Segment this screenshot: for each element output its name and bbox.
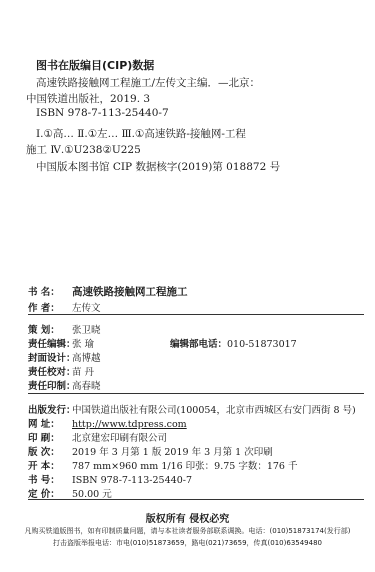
printer-row: 印 刷：北京建宏印刷有限公司 [28,430,167,444]
editor-phone-label: 编辑部电话： [170,339,227,350]
author-label: 作 者： [28,300,72,314]
print-supervisor-value: 高春晓 [72,381,101,392]
cover-design-row: 封面设计：高博越 [28,350,101,364]
edition-row: 版 次：2019 年 3 月第 1 版 2019 年 3 月第 1 次印刷 [28,444,273,458]
editor-value: 张 瑜 [72,339,94,350]
editor-phone-value: 010-51873017 [227,339,297,350]
divider-1 [28,314,364,315]
format-value: 787 mm×960 mm 1/16 印张：9.75 字数：176 千 [72,461,298,472]
print-supervisor-row: 责任印制：高春晓 [28,378,101,392]
editor-phone-row: 编辑部电话：010-51873017 [170,336,297,350]
printer-value: 北京建宏印刷有限公司 [72,433,167,444]
print-supervisor-label: 责任印制： [28,378,72,392]
piracy-report-line: 打击盗版举报电话：市电(010)51873659，路电(021)73659，传真… [0,538,375,548]
copyright-notice: 版权所有 侵权必究 [0,510,375,525]
publisher-label: 出版发行： [28,402,72,416]
proofreader-label: 责任校对： [28,364,72,378]
cip-classification-line-1: Ⅰ.①高… Ⅱ.①左… Ⅲ.①高速铁路-接触网-工程 [36,126,246,141]
cip-heading: 图书在版编目(CIP)数据 [36,57,154,73]
book-title-row: 书 名：高速铁路接触网工程施工 [28,284,188,299]
planner-value: 张卫晓 [72,325,101,336]
website-row: 网 址：http://www.tdpress.com [28,416,187,430]
cip-isbn: ISBN 978-7-113-25440-7 [36,107,169,119]
isbn-row: 书 号：ISBN 978-7-113-25440-7 [28,472,192,486]
editor-row: 责任编辑：张 瑜 [28,336,94,350]
cip-line-1: 高速铁路接触网工程施工/左传文主编．—北京： [36,75,260,90]
format-label: 开 本： [28,458,72,472]
book-title-value: 高速铁路接触网工程施工 [72,286,188,298]
planner-label: 策 划： [28,322,72,336]
publisher-value: 中国铁道出版社有限公司(100054，北京市西城区右安门西街 8 号) [72,405,356,416]
quality-contact-line: 凡购买铁道版图书，如有印制质量问题，请与本社读者服务部联系调换。电话：(010)… [0,526,375,536]
editor-label: 责任编辑： [28,336,72,350]
isbn-value: ISBN 978-7-113-25440-7 [72,475,192,486]
edition-value: 2019 年 3 月第 1 版 2019 年 3 月第 1 次印刷 [72,447,273,458]
divider-3 [28,499,364,500]
website-label: 网 址： [28,416,72,430]
price-label: 定 价： [28,486,72,500]
cip-record-number: 中国版本图书馆 CIP 数据核字(2019)第 018872 号 [36,159,280,174]
author-value: 左传文 [72,303,101,314]
author-row: 作 者：左传文 [28,300,101,314]
publisher-row: 出版发行：中国铁道出版社有限公司(100054，北京市西城区右安门西街 8 号) [28,402,356,416]
proofreader-value: 苗 丹 [72,367,94,378]
website-link[interactable]: http://www.tdpress.com [72,419,187,430]
format-row: 开 本：787 mm×960 mm 1/16 印张：9.75 字数：176 千 [28,458,298,472]
book-title-label: 书 名： [28,284,72,298]
cip-classification-line-2: 施工 Ⅳ.①U238②U225 [26,142,141,157]
printer-label: 印 刷： [28,430,72,444]
isbn-label: 书 号： [28,472,72,486]
edition-label: 版 次： [28,444,72,458]
price-row: 定 价：50.00 元 [28,486,112,500]
cover-design-label: 封面设计： [28,350,72,364]
cover-design-value: 高博越 [72,353,101,364]
divider-2 [28,393,364,394]
planner-row: 策 划：张卫晓 [28,322,101,336]
cip-line-2: 中国铁道出版社，2019. 3 [26,91,150,106]
proofreader-row: 责任校对：苗 丹 [28,364,94,378]
